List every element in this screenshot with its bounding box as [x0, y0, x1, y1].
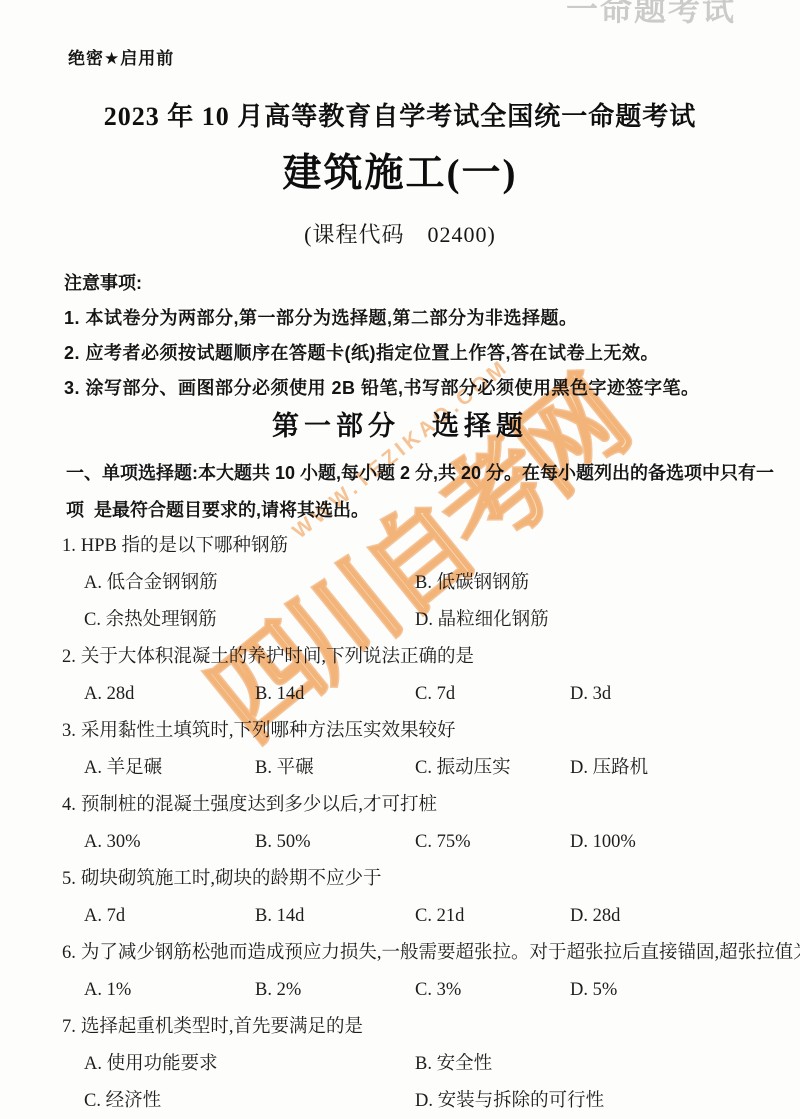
document-content: 绝密★启用前 2023 年 10 月高等教育自学考试全国统一命题考试 建筑施工(…	[0, 0, 800, 1119]
classification-label: 绝密★启用前	[68, 44, 174, 69]
options-row: A. 7dB. 14dC. 21dD. 28d	[62, 898, 784, 935]
option-C: C. 75%	[415, 824, 570, 861]
question-4: 4.预制桩的混凝土强度达到多少以后,才可打桩A. 30%B. 50%C. 75%…	[62, 787, 784, 861]
questions: 1.HPB 指的是以下哪种钢筋A. 低合金钢钢筋B. 低碳钢钢筋C. 余热处理钢…	[62, 528, 784, 1119]
option-D: D. 晶粒细化钢筋	[415, 602, 549, 639]
options-row: A. 羊足碾B. 平碾C. 振动压实D. 压路机	[62, 750, 784, 787]
option-C: C. 余热处理钢筋	[84, 602, 415, 639]
option-A: A. 1%	[84, 972, 255, 1009]
options-row: A. 30%B. 50%C. 75%D. 100%	[62, 824, 784, 861]
options-row: A. 28dB. 14dC. 7dD. 3d	[62, 676, 784, 713]
question-text: 采用黏性土填筑时,下列哪种方法压实效果较好	[81, 721, 456, 741]
option-B: B. 安全性	[415, 1046, 492, 1083]
question-stem: 4.预制桩的混凝土强度达到多少以后,才可打桩	[62, 787, 784, 824]
option-D: D. 28d	[570, 898, 620, 935]
option-D: D. 安装与拆除的可行性	[415, 1083, 604, 1119]
question-number: 2.	[62, 647, 76, 667]
question-text: HPB 指的是以下哪种钢筋	[81, 536, 288, 556]
question-number: 6.	[62, 943, 76, 963]
options-row: A. 使用功能要求B. 安全性	[62, 1046, 784, 1083]
option-A: A. 7d	[84, 898, 255, 935]
option-B: B. 2%	[255, 972, 415, 1009]
note-item-1: 1. 本试卷分为两部分,第一部分为选择题,第二部分为非选择题。	[64, 301, 770, 336]
question-7: 7.选择起重机类型时,首先要满足的是A. 使用功能要求B. 安全性C. 经济性D…	[62, 1009, 784, 1119]
option-D: D. 压路机	[570, 750, 648, 787]
option-A: A. 羊足碾	[84, 750, 255, 787]
section-intro-line2: 是最符合题目要求的,请将其选出。	[66, 492, 776, 529]
question-5: 5.砌块砌筑施工时,砌块的龄期不应少于A. 7dB. 14dC. 21dD. 2…	[62, 861, 784, 935]
option-D: D. 3d	[570, 676, 611, 713]
option-B: B. 14d	[255, 676, 415, 713]
question-text: 关于大体积混凝土的养护时间,下列说法正确的是	[81, 647, 474, 667]
question-text: 选择起重机类型时,首先要满足的是	[81, 1017, 363, 1037]
question-number: 3.	[62, 721, 76, 741]
question-stem: 6.为了减少钢筋松弛而造成预应力损失,一般需要超张拉。对于超张拉后直接锚固,超张…	[62, 935, 784, 972]
options-row: C. 经济性D. 安装与拆除的可行性	[62, 1083, 784, 1119]
question-stem: 7.选择起重机类型时,首先要满足的是	[62, 1009, 784, 1046]
option-B: B. 50%	[255, 824, 415, 861]
exam-paper-page: www.tezikao.com 四川自考网 一命题考试 绝密★启用前 2023 …	[0, 0, 800, 1119]
option-C: C. 经济性	[84, 1083, 415, 1119]
question-stem: 3.采用黏性土填筑时,下列哪种方法压实效果较好	[62, 713, 784, 750]
option-C: C. 3%	[415, 972, 570, 1009]
exam-title: 2023 年 10 月高等教育自学考试全国统一命题考试	[0, 96, 800, 133]
question-number: 4.	[62, 795, 76, 815]
note-item-3: 3. 涂写部分、画图部分必须使用 2B 铅笔,书写部分必须使用黑色字迹签字笔。	[64, 371, 770, 406]
options-row: A. 低合金钢钢筋B. 低碳钢钢筋	[62, 565, 784, 602]
option-D: D. 100%	[570, 824, 636, 861]
question-number: 1.	[62, 536, 76, 556]
option-A: A. 低合金钢钢筋	[84, 565, 415, 602]
question-2: 2.关于大体积混凝土的养护时间,下列说法正确的是A. 28dB. 14dC. 7…	[62, 639, 784, 713]
option-A: A. 30%	[84, 824, 255, 861]
question-3: 3.采用黏性土填筑时,下列哪种方法压实效果较好A. 羊足碾B. 平碾C. 振动压…	[62, 713, 784, 787]
option-A: A. 28d	[84, 676, 255, 713]
section-intro: 一、单项选择题:本大题共 10 小题,每小题 2 分,共 20 分。在每小题列出…	[66, 455, 776, 529]
question-text: 砌块砌筑施工时,砌块的龄期不应少于	[81, 869, 382, 889]
question-1: 1.HPB 指的是以下哪种钢筋A. 低合金钢钢筋B. 低碳钢钢筋C. 余热处理钢…	[62, 528, 784, 639]
question-stem: 5.砌块砌筑施工时,砌块的龄期不应少于	[62, 861, 784, 898]
subject-title: 建筑施工(一)	[0, 142, 800, 198]
notes-section: 注意事项: 1. 本试卷分为两部分,第一部分为选择题,第二部分为非选择题。 2.…	[64, 266, 770, 406]
options-row: C. 余热处理钢筋D. 晶粒细化钢筋	[62, 602, 784, 639]
option-C: C. 7d	[415, 676, 570, 713]
section-intro-line1: 一、单项选择题:本大题共 10 小题,每小题 2 分,共 20 分。在每小题列出…	[66, 455, 776, 492]
part-one-heading: 第一部分 选择题	[0, 404, 800, 443]
note-item-2: 2. 应考者必须按试题顺序在答题卡(纸)指定位置上作答,答在试卷上无效。	[64, 336, 770, 371]
question-number: 7.	[62, 1017, 76, 1037]
option-B: B. 低碳钢钢筋	[415, 565, 529, 602]
question-text: 为了减少钢筋松弛而造成预应力损失,一般需要超张拉。对于超张拉后直接锚固,超张拉值…	[81, 943, 800, 963]
notes-heading: 注意事项:	[64, 266, 770, 301]
option-C: C. 振动压实	[415, 750, 570, 787]
question-stem: 2.关于大体积混凝土的养护时间,下列说法正确的是	[62, 639, 784, 676]
question-stem: 1.HPB 指的是以下哪种钢筋	[62, 528, 784, 565]
question-6: 6.为了减少钢筋松弛而造成预应力损失,一般需要超张拉。对于超张拉后直接锚固,超张…	[62, 935, 784, 1009]
option-D: D. 5%	[570, 972, 617, 1009]
question-text: 预制桩的混凝土强度达到多少以后,才可打桩	[81, 795, 437, 815]
question-number: 5.	[62, 869, 76, 889]
option-B: B. 14d	[255, 898, 415, 935]
option-B: B. 平碾	[255, 750, 415, 787]
options-row: A. 1%B. 2%C. 3%D. 5%	[62, 972, 784, 1009]
option-C: C. 21d	[415, 898, 570, 935]
course-code: (课程代码 02400)	[0, 218, 800, 249]
option-A: A. 使用功能要求	[84, 1046, 415, 1083]
